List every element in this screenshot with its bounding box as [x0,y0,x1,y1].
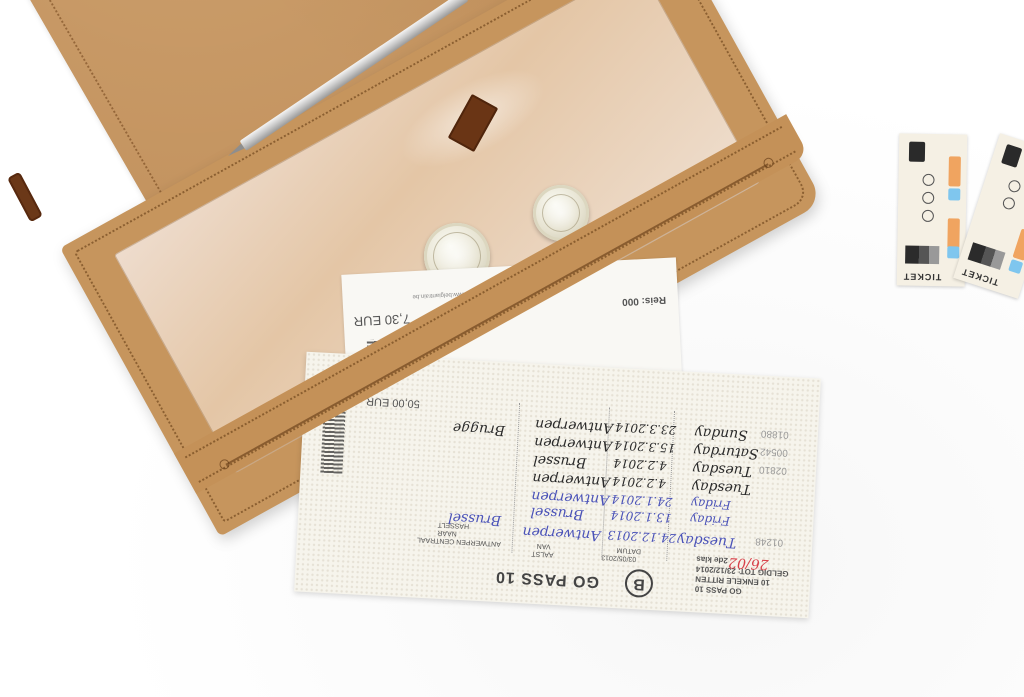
coin-face [542,194,580,232]
receipt-small-print: Dit ticket is geldig op ... www.belgiant… [412,287,529,299]
hand-date: 13.1.2014 [610,508,672,525]
hand-date: 23.3.2014 [615,420,677,437]
hand-day: Friday [691,496,731,512]
column-label: AALST [531,550,554,558]
euro-coin [533,185,589,241]
column-label: NAAR [437,529,457,537]
hand-to: Brugge [452,419,505,438]
hand-from: Brussel [530,504,584,523]
blue-zone-mark [947,246,959,258]
orange-zone-mark [1012,229,1024,261]
product-photo: TICKET TICKET 7,30 EUR Reis: 000 Dit tic… [0,0,1024,697]
ticket-label: TICKET [903,272,942,283]
column-label: DATUM [617,546,642,554]
header-line: 2de klas [696,554,728,565]
hand-day: Friday [690,512,730,528]
ticket-label: TICKET [960,266,1000,287]
stib-logo-icon [1001,144,1022,168]
serial-number: 00542 [760,446,788,458]
serial-number: 01880 [761,428,789,440]
hand-date: 24.12.2013 [607,528,676,546]
serial-number: 01248 [755,535,783,547]
hand-day: Tuesday [677,531,737,550]
brussels-skyline-icon [968,242,1006,270]
column-label: 03/05/2013 [601,553,636,562]
hand-from: Antwerpen [535,416,614,436]
red-handwritten-note: 26/02 [728,554,769,572]
hand-day: Tuesday [692,478,752,497]
hand-date: 4.2.2014 [612,474,666,491]
blue-zone-mark [948,188,960,200]
stib-logo-icon [909,142,925,162]
hand-day: Saturday [694,442,759,461]
go-pass-ticket: GO PASS 10 B 50,00 EUR GO PASS 10 10 ENK… [294,352,821,619]
header-line: GO PASS 10 [695,584,742,595]
brussels-skyline-icon [905,246,939,265]
hand-from: Antwerpen [534,434,613,454]
receipt-amount: 7,30 EUR [353,311,410,329]
metro-symbol-icon [1001,196,1016,211]
receipt-header: Reis: 000 [622,294,666,307]
serial-number: 02810 [759,464,787,476]
hand-date: 4.2.2014 [613,456,667,473]
hand-from: Antwerpen [532,470,611,490]
column-label: VAN [537,542,551,550]
go-pass-amount: 50,00 EUR [366,395,420,410]
ticket-barcode [320,403,346,474]
hand-to: Brussel [448,509,502,528]
column-divider [511,403,520,553]
metro-symbol-icon [1007,179,1022,194]
orange-zone-mark [947,218,960,248]
tram-symbol-icon [922,210,934,222]
hand-date: 15.3.2014 [614,438,676,455]
hand-from: Antwerpen [522,523,601,543]
hand-from: Brussel [533,452,587,471]
hand-day: Sunday [695,424,749,443]
column-label: ANTWERPEN CENTRAAL [417,536,501,547]
metro-symbol-icon [922,174,934,186]
hand-day: Tuesday [693,460,753,479]
metro-symbol-icon [922,192,934,204]
sncb-logo: B [624,569,653,598]
go-pass-title: GO PASS 10 [495,567,600,590]
orange-zone-mark [948,156,961,186]
blue-zone-mark [1008,259,1023,274]
hand-date: 24.1.2014 [611,492,673,509]
elastic-closure-loop [7,172,43,223]
